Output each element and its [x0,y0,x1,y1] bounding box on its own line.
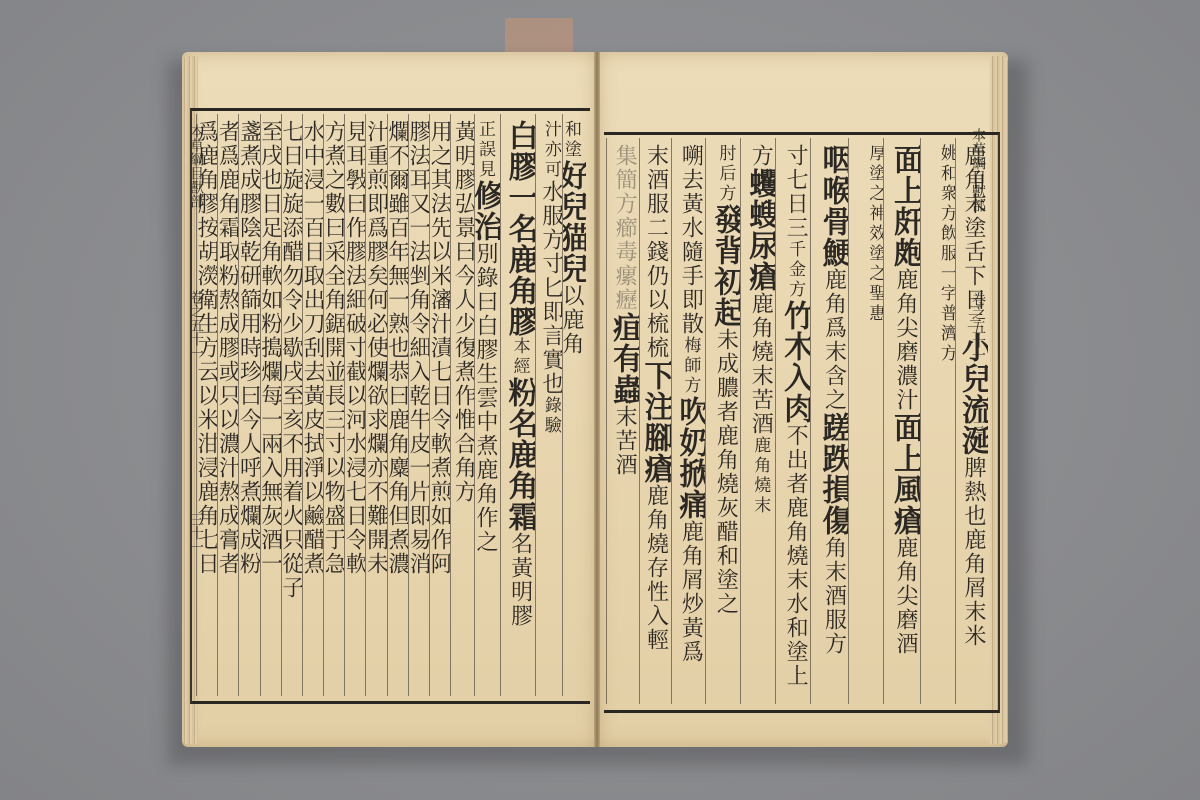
text-column: 肘后方發背初起未成膿者鹿角燒灰醋和塗之 [705,138,740,704]
text-column: 姚和衆方飲服一字普濟方 [920,138,955,704]
text-column: 汁亦可水服方寸匕即言實也錄驗 [535,114,562,696]
text-column: 盞煮成膠陰乾研篩用時珍曰今人呼煮爛成粉 [238,114,259,696]
text-column: 和塗好兒猫兒以鹿角 [562,114,586,696]
text-column: 嗍去黃水隨手即散梅師方吹奶掀痛鹿角屑炒黃爲 [671,138,706,704]
text-column: 方煮之數曰采全角鋸開並長三寸以物盛于急 [323,114,344,696]
text-column-faded: 集簡方癤毒瘰癧疽有蟲末苦酒 [606,138,639,704]
text-column: 正誤見修治別錄曰白膠生雲中煮鹿角作之 [474,114,500,696]
text-column: 見耳斅曰作膠法細破寸截以河水浸七日令軟 [344,114,365,696]
text-column: 者爲鹿角霜取粉熬成膠或只以濃汁熬成膏者 [217,114,238,696]
text-column: 方蠼螋尿瘡鹿角燒末苦酒鹿角燒末 [740,138,775,704]
book-gutter [594,52,600,747]
left-page-text-columns: 和塗好兒猫兒以鹿角 汁亦可水服方寸匕即言實也錄驗 白膠一名鹿角膠本經粉名鹿角霜名… [196,114,586,696]
text-column: 寸七日三千金方竹木入肉不出者鹿角燒末水和塗上 [775,138,810,704]
text-column: 水中浸一百日取出刀刮去黃皮拭淨以鹼醋煮 [302,114,323,696]
text-column: 白膠一名鹿角膠本經粉名鹿角霜名黃明膠 [500,114,535,696]
text-column: 咽喉骨鯁鹿角爲末含之蹉跌損傷角末酒服方 [810,138,848,704]
text-column: 面上皯皰鹿角尖磨濃汁面上風瘡鹿角尖磨酒 [883,138,920,704]
text-column: 厚塗之神效塗之聖惠 [848,138,883,704]
text-column: 至戌也日足角軟如粉搗爛每一兩入無灰酒一 [260,114,281,696]
text-column: 膠法耳又一法剉角令細入乾牛皮一片即易消 [408,114,429,696]
text-column: 用之其法先以米瀋汁漬七日令軟煮煎如作阿 [429,114,450,696]
text-column: 爛不爾雖百年無一熟也恭曰鹿角麋角但煮濃 [387,114,408,696]
text-column: 汁重煎即爲膠矣何必使爛欲求爛亦不難開未 [365,114,386,696]
text-column: 末酒服二錢仍以梳梳下注腳瘡鹿角燒存性入輕 [639,138,670,704]
text-column: 爲鹿角膠按胡濙衛生方云以米泔浸鹿角七日 [196,114,217,696]
right-page-text-columns: 鹿角末塗舌下日三小兒流涎脾熱也鹿角屑末米 姚和衆方飲服一字普濟方 面上皯皰鹿角尖… [606,138,988,704]
text-column: 七日旋旋添醋勿令少歇戌至亥不用着火只從子 [281,114,302,696]
text-column: 鹿角末塗舌下日三小兒流涎脾熱也鹿角屑末米 [955,138,988,704]
photo-stage: 本草綱目獸部 卷之五十一 三十 本草綱目獸部 卷之五十一 三十一 鹿角末塗舌下日… [0,0,1200,800]
text-column: 黃明膠弘景曰今人少復煮作惟合角方 [450,114,474,696]
